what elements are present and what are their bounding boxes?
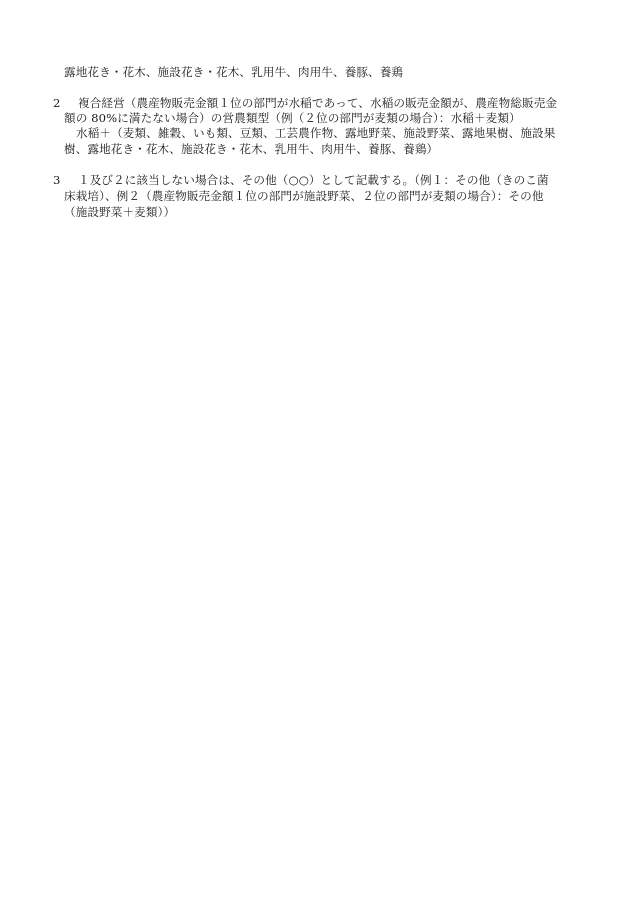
item2-line3: 水稲＋（麦類、雑穀、いも類、豆類、工芸農作物、露地野菜、施設野菜、露地果樹、施設…: [76, 126, 555, 141]
item3-line3: （施設野菜＋麦類））: [64, 205, 175, 220]
continuation-line: 露地花き・花木、施設花き・花木、乳用牛、肉用牛、養豚、養鶏: [64, 65, 403, 80]
item2-line1: 複合経営（農産物販売金額１位の部門が水稲であって、水稲の販売金額が、農産物総販売…: [78, 96, 557, 111]
item3-line2: 床栽培）、例２（農産物販売金額１位の部門が施設野菜、２位の部門が麦類の場合）：そ…: [64, 189, 544, 204]
item3-line1: １及び２に該当しない場合は、その他（○○）として記載する。（例１：その他（きのこ…: [78, 173, 549, 188]
item2-line2: 額の 80%に満たない場合）の営農類型（例（２位の部門が麦類の場合）：水稲＋麦類…: [64, 111, 521, 126]
item2-number: 2: [53, 96, 60, 111]
item3-number: 3: [53, 173, 60, 188]
item2-line4: 樹、露地花き・花木、施設花き・花木、乳用牛、肉用牛、養豚、養鶏）: [64, 142, 438, 157]
